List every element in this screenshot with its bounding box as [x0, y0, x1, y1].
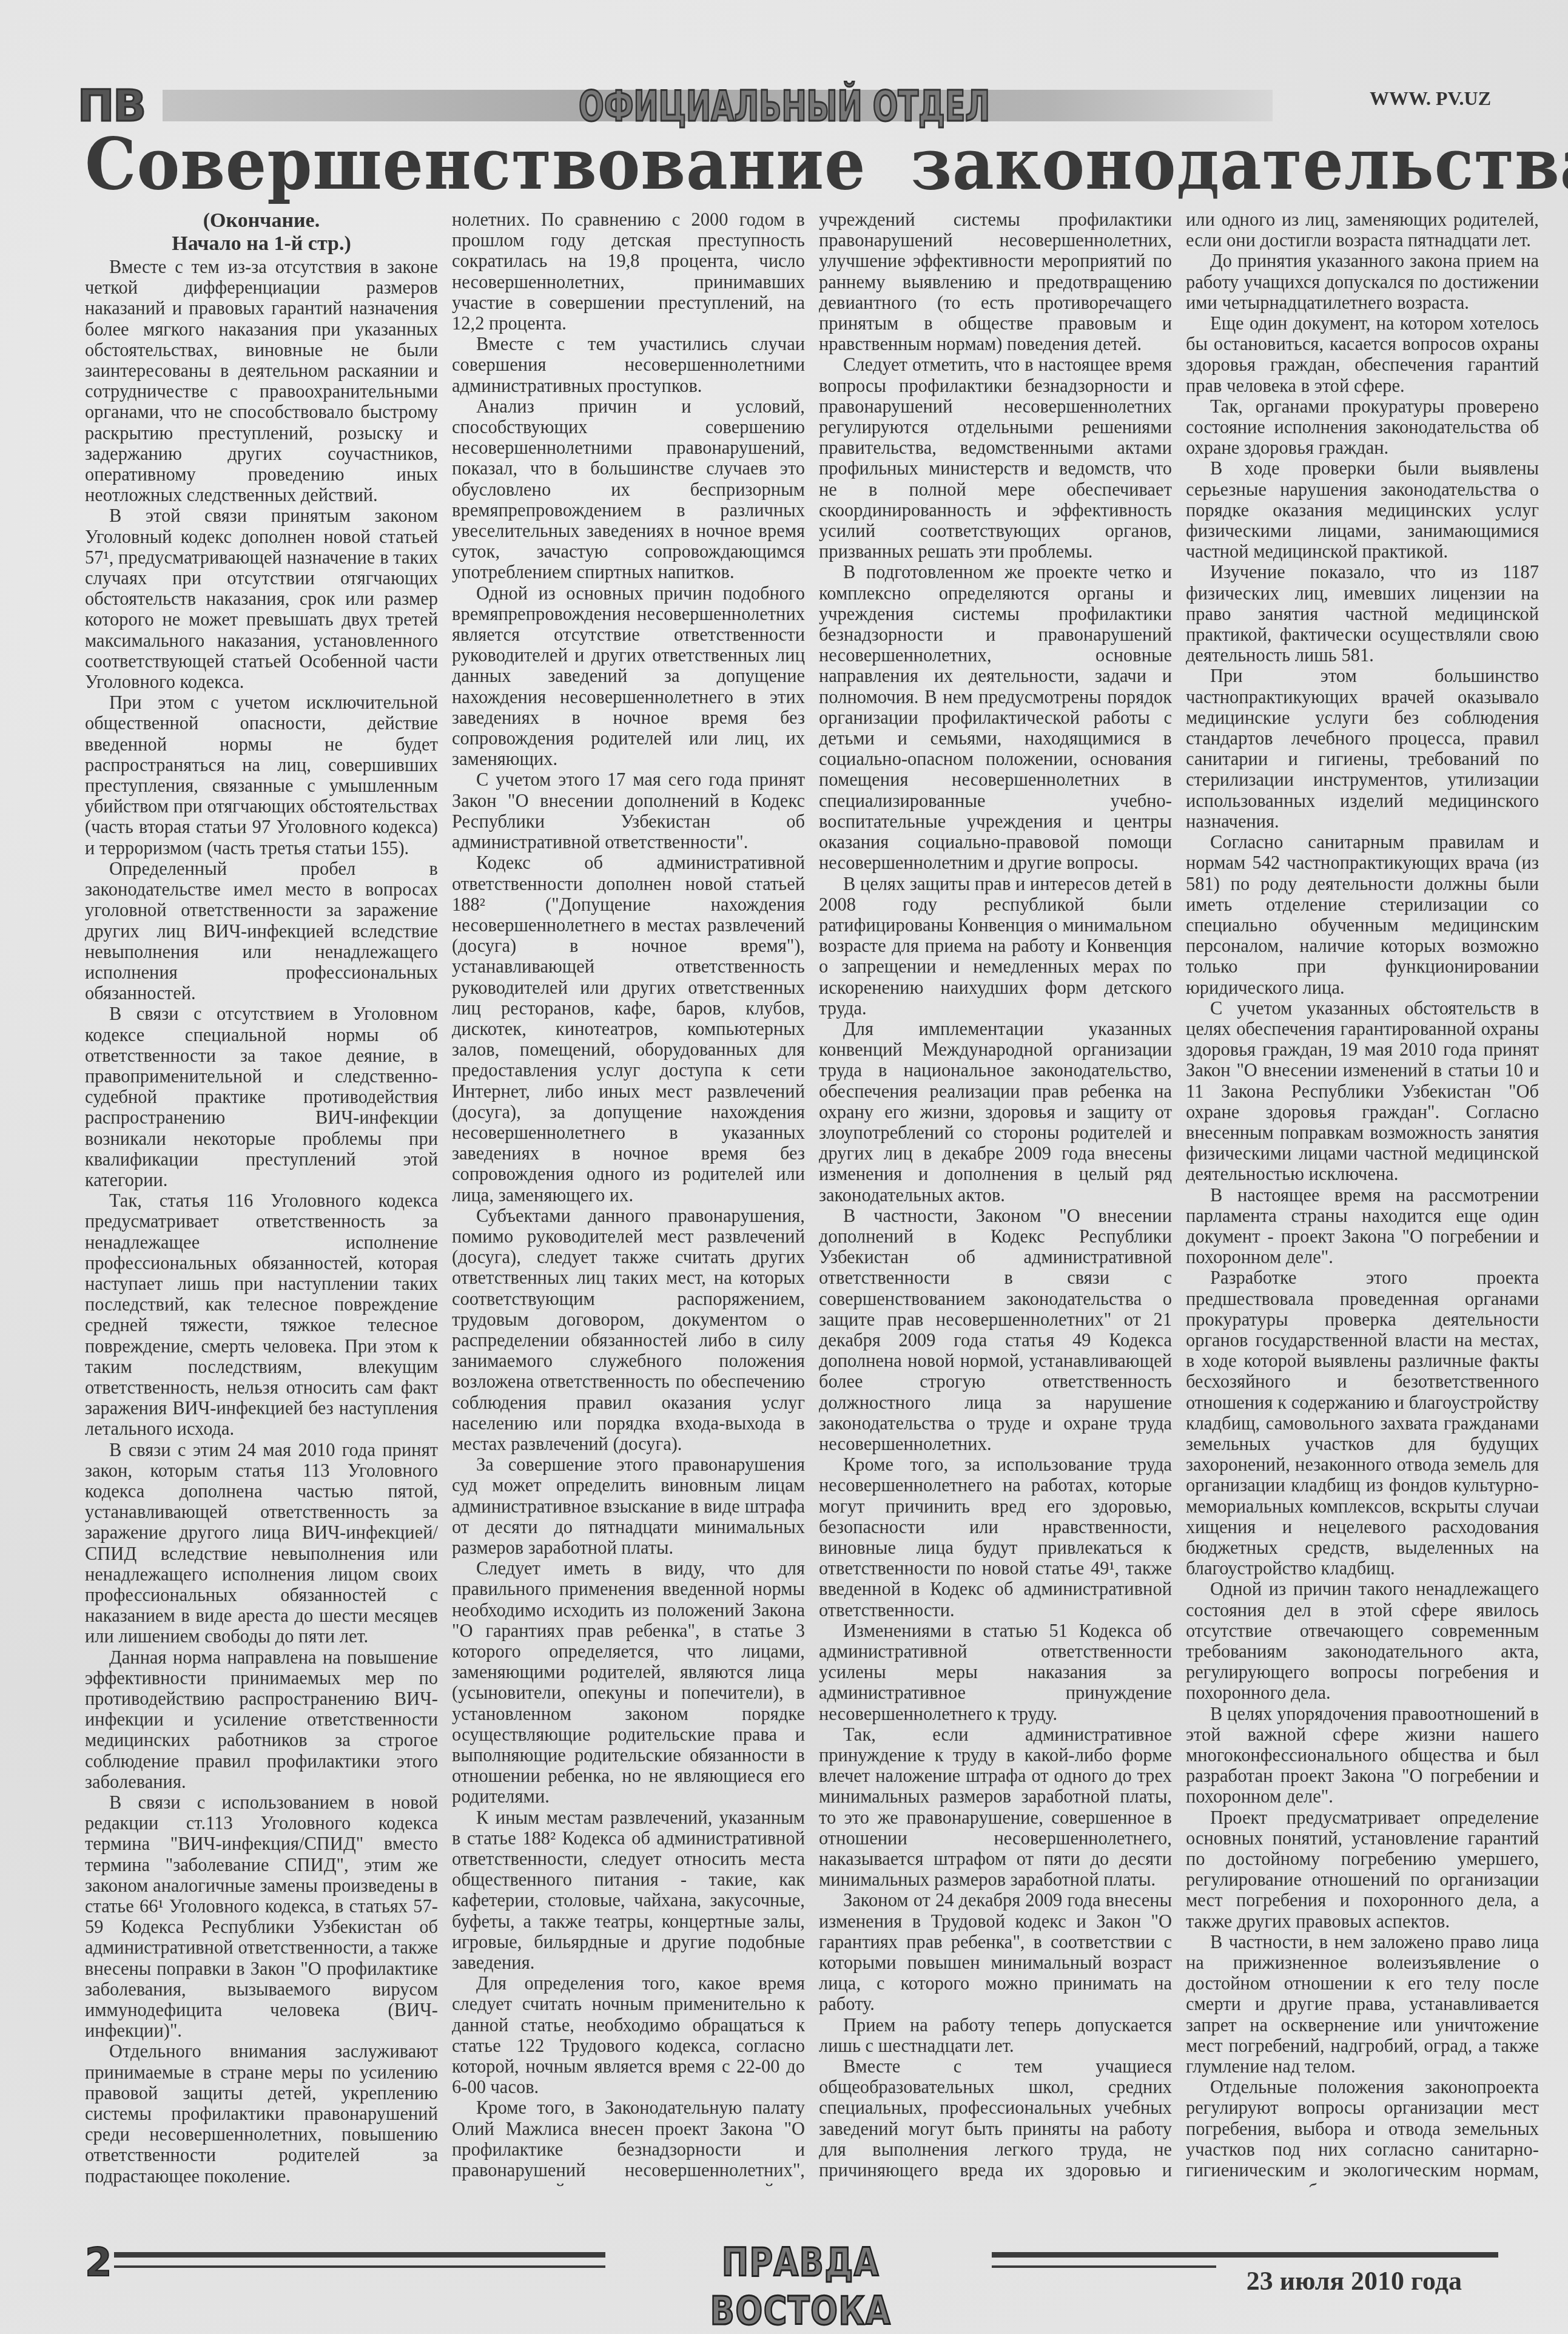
paragraph: В связи с использованием в новой редакци…	[85, 1792, 438, 2041]
paragraph: Следует отметить, что в настоящее время …	[819, 354, 1172, 562]
footer-rule-thin-right	[992, 2265, 1216, 2268]
paragraph: Законом от 24 декабря 2009 года внесены …	[819, 1890, 1172, 2014]
paragraph: Так, если административное принуждение к…	[819, 1724, 1172, 1890]
paragraph: Согласно санитарным правилам и нормам 54…	[1186, 832, 1539, 998]
paragraph: Анализ причин и условий, способствующих …	[452, 396, 805, 583]
site-url[interactable]: WWW. PV.UZ	[1370, 87, 1491, 110]
paragraph: В настоящее время на рассмотрении парлам…	[1186, 1185, 1539, 1268]
paragraph: Так, органами прокуратуры проверено сост…	[1186, 396, 1539, 459]
paragraph: Вместе с тем участились случаи совершени…	[452, 334, 805, 396]
paragraph: Изучение показало, что из 1187 физически…	[1186, 562, 1539, 666]
continuation-line: (Окончание.	[85, 209, 438, 232]
article-column-2: нолетних. По сравнению с 2000 годом в пр…	[452, 209, 805, 2187]
paragraph: Изменениями в статью 51 Кодекса об админ…	[819, 1621, 1172, 1724]
paragraph: Разработке этого проекта предшествовала …	[1186, 1267, 1539, 1579]
paragraph: С учетом указанных обстоятельств в целях…	[1186, 998, 1539, 1185]
paragraph: учреждений системы профилактики правонар…	[819, 209, 1172, 354]
article-column-1: (Окончание. Начало на 1-й стр.) Вместе с…	[85, 209, 438, 2187]
paragraph: Так, статья 116 Уголовного кодекса преду…	[85, 1190, 438, 1439]
paragraph: В целях защиты прав и интересов детей в …	[819, 874, 1172, 1019]
paragraph: К иным местам развлечений, указанным в с…	[452, 1807, 805, 1974]
paragraph: Кодекс об административной ответственнос…	[452, 852, 805, 1205]
paragraph: Вместе с тем учащиеся общеобразовательны…	[819, 2056, 1172, 2187]
paragraph: С учетом этого 17 мая сего года принят З…	[452, 769, 805, 852]
paragraph: Еще один документ, на котором хотелось б…	[1186, 313, 1539, 396]
paragraph: В результате осуществляемых мер в респуб…	[85, 2187, 438, 2187]
paragraph: В подготовленном же проекте четко и комп…	[819, 562, 1172, 873]
paragraph: Одной из причин такого ненадлежащего сос…	[1186, 1579, 1539, 1703]
paragraph: или одного из лиц, заменяющих родителей,…	[1186, 209, 1539, 251]
paragraph: нолетних. По сравнению с 2000 годом в пр…	[452, 209, 805, 334]
paragraph: Вместе с тем из-за отсутствия в законе ч…	[85, 257, 438, 505]
paragraph: Кроме того, в Законодательную палату Оли…	[452, 2097, 805, 2187]
article-body: (Окончание. Начало на 1-й стр.) Вместе с…	[85, 209, 1507, 2187]
footer-rule-thin-left	[114, 2265, 605, 2268]
paragraph: Кроме того, за использование труда несов…	[819, 1454, 1172, 1621]
paragraph: Данная норма направлена на повышение эфф…	[85, 1647, 438, 1792]
article-headline: Совершенствование законодательства -	[85, 118, 1384, 209]
paragraph: Одной из основных причин подобного время…	[452, 583, 805, 770]
paragraph: В частности, Законом "О внесении дополне…	[819, 1206, 1172, 1454]
continuation-note: (Окончание. Начало на 1-й стр.)	[85, 209, 438, 255]
footer-rule-thick-left	[114, 2252, 605, 2258]
paragraph: Определенный пробел в законодательстве и…	[85, 858, 438, 1003]
paragraph: Отдельные положения законопроекта регули…	[1186, 2077, 1539, 2187]
newspaper-masthead: ПРАВДА ВОСТОКА	[651, 2239, 950, 2334]
page-number: 2	[85, 2239, 112, 2287]
paragraph: Прием на работу теперь допускается лишь …	[819, 2015, 1172, 2056]
paragraph: В связи с этим 24 мая 2010 года принят з…	[85, 1440, 438, 1647]
paragraph: Отдельного внимания заслуживают принимае…	[85, 2041, 438, 2186]
paragraph: Для имплементации указанных конвенций Ме…	[819, 1019, 1172, 1206]
paragraph: Проект предусматривает определение основ…	[1186, 1807, 1539, 1932]
paragraph: Следует иметь в виду, что для правильног…	[452, 1558, 805, 1807]
footer-rule-thick-right	[992, 2252, 1498, 2258]
paragraph: Субъектами данного правонарушения, помим…	[452, 1206, 805, 1454]
paragraph: В ходе проверки были выявлены серьезные …	[1186, 458, 1539, 562]
paragraph: При этом большинство частнопрактикующих …	[1186, 666, 1539, 832]
paragraph: За совершение этого правонарушения суд м…	[452, 1454, 805, 1558]
paragraph: В связи с отсутствием в Уголовном кодекс…	[85, 1003, 438, 1190]
paragraph: В этой связи принятым законом Уголовный …	[85, 505, 438, 692]
paragraph: До принятия указанного закона прием на р…	[1186, 251, 1539, 313]
paragraph: При этом с учетом исключительной обществ…	[85, 692, 438, 858]
article-column-3: учреждений системы профилактики правонар…	[819, 209, 1172, 2187]
issue-date: 23 июля 2010 года	[1247, 2265, 1462, 2296]
continuation-line: Начало на 1-й стр.)	[85, 232, 438, 255]
paragraph: В целях упорядочения правоотношений в эт…	[1186, 1704, 1539, 1807]
article-column-4: или одного из лиц, заменяющих родителей,…	[1186, 209, 1539, 2187]
page-footer: 2 ПРАВДА ВОСТОКА 23 июля 2010 года	[85, 2239, 1498, 2299]
paragraph: В частности, в нем заложено право лица н…	[1186, 1932, 1539, 2077]
paragraph: Для определения того, какое время следуе…	[452, 1973, 805, 2097]
